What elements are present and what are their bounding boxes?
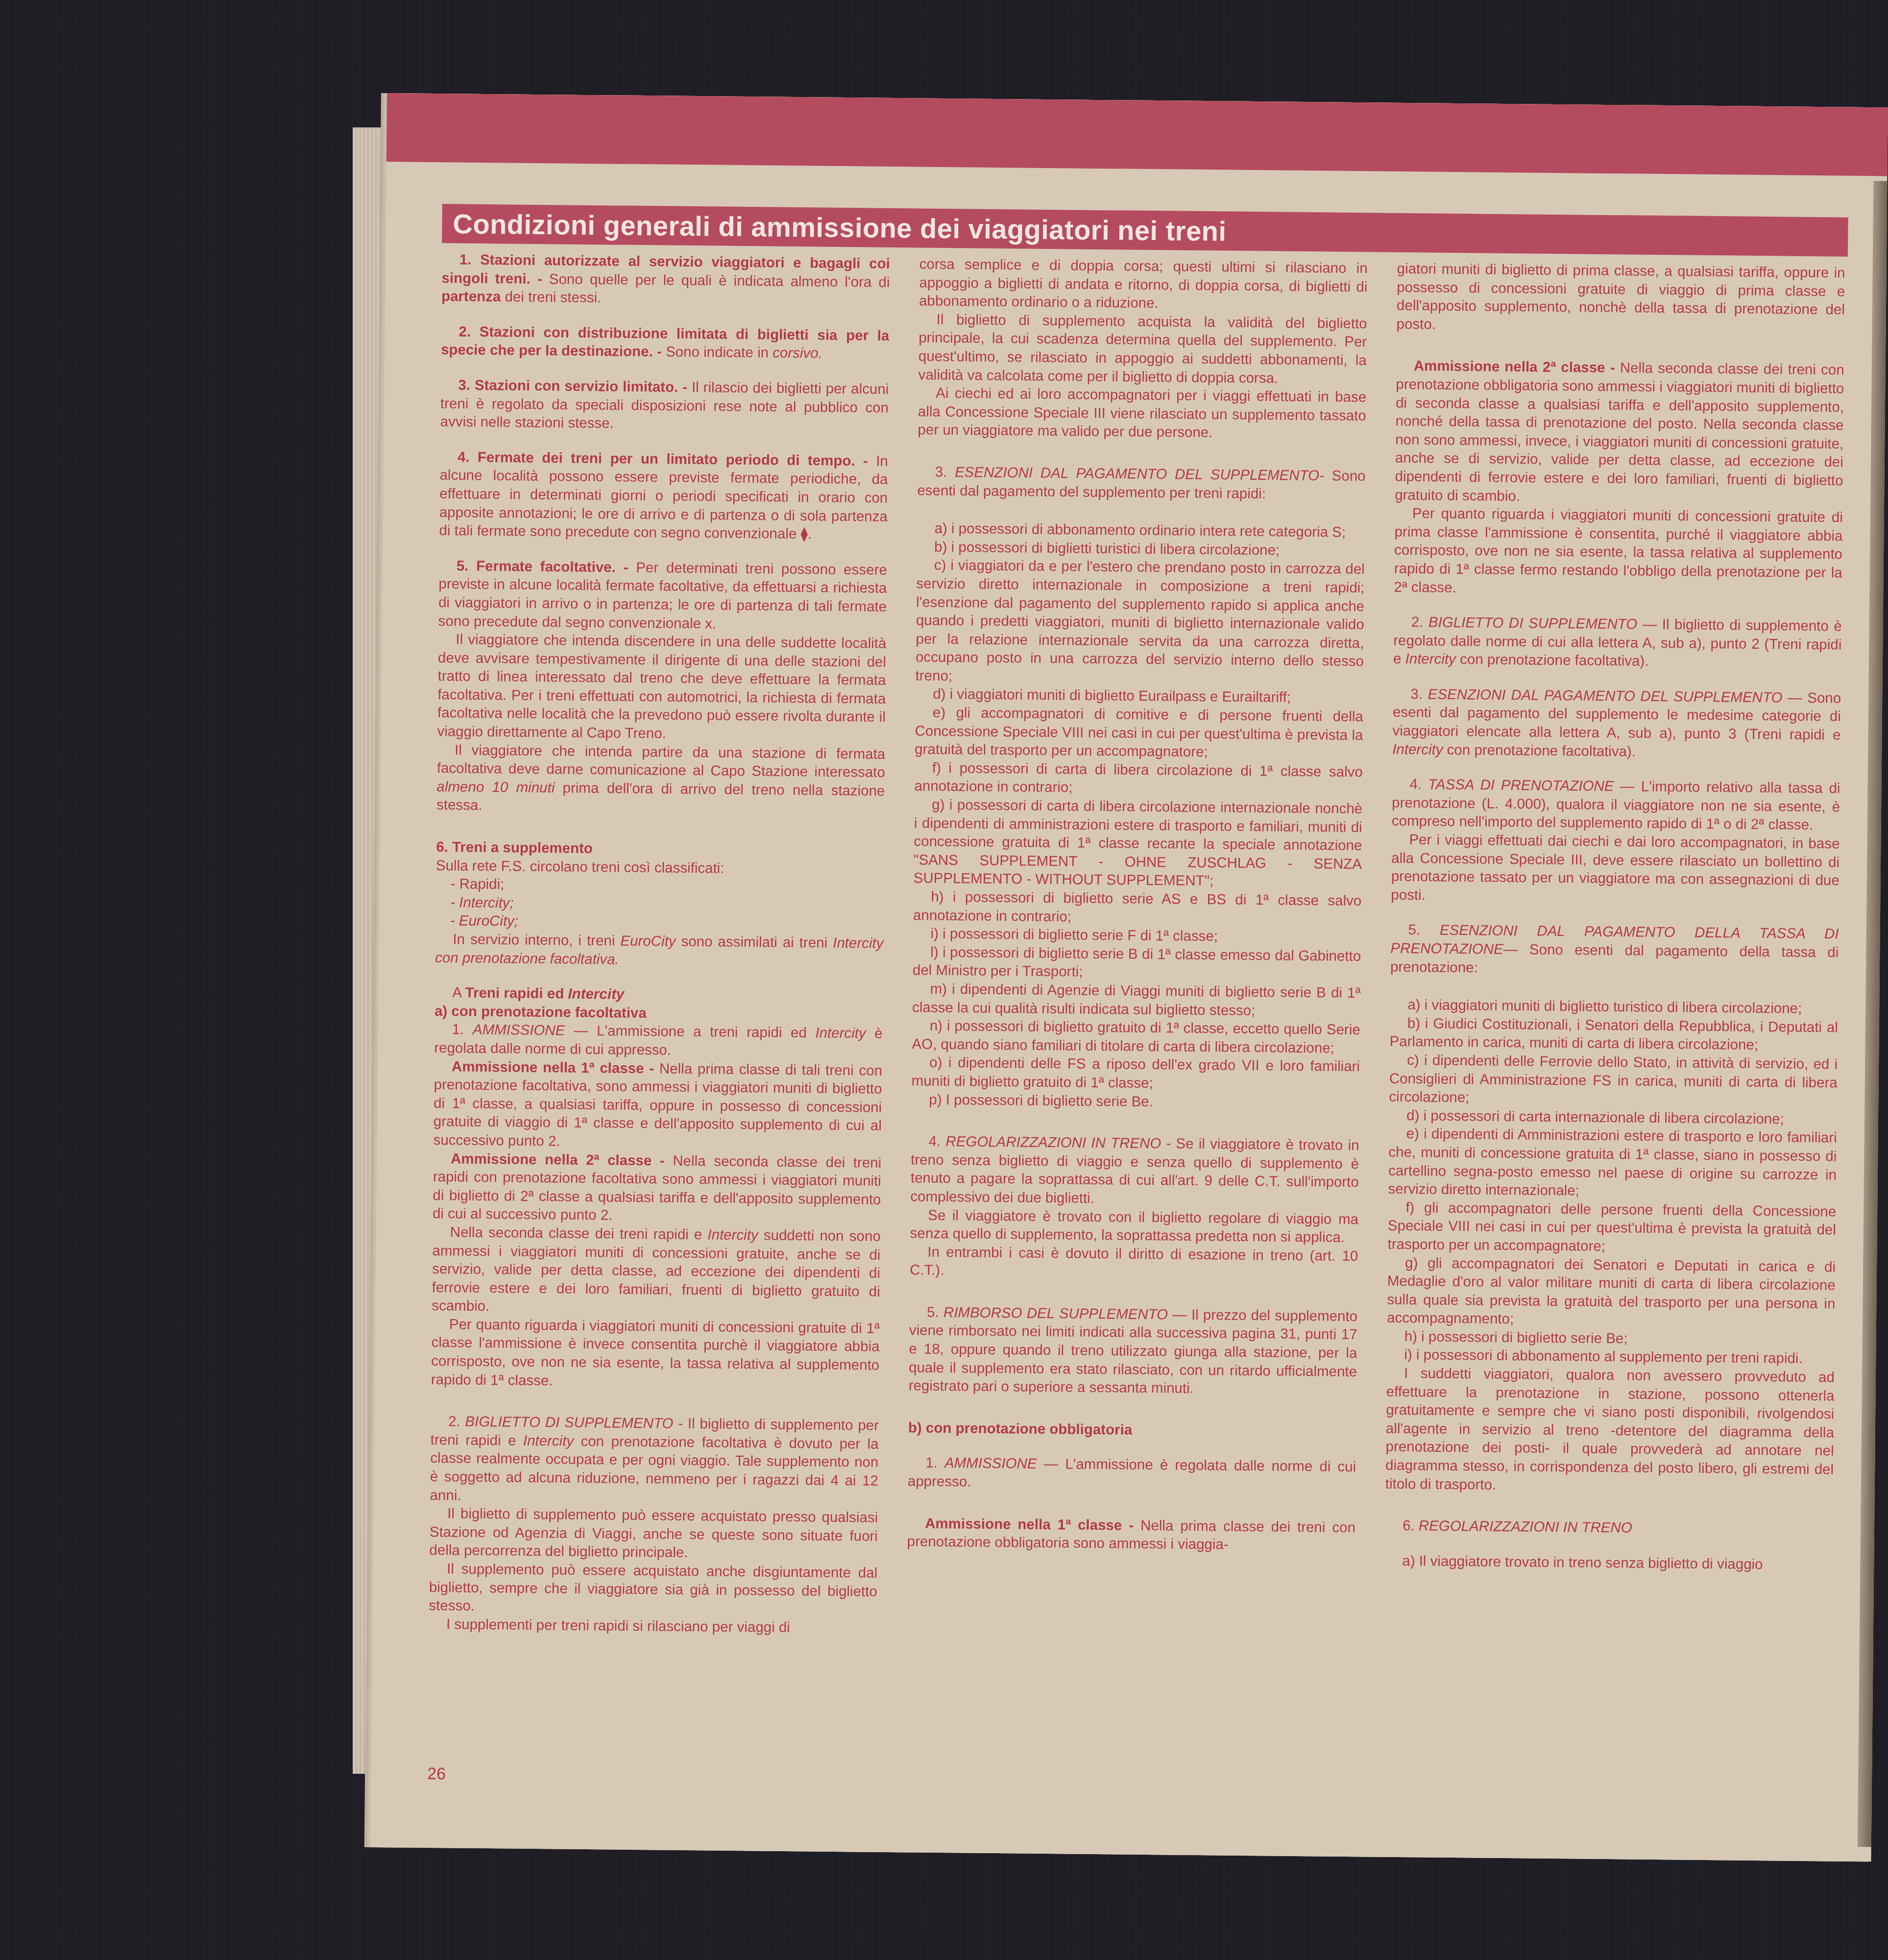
- column-1: 1. Stazioni autorizzate al servizio viag…: [428, 250, 890, 1749]
- list-item: l) i possessori di biglietto serie B di …: [913, 943, 1361, 984]
- list-item: f) gli accompagnatori delle persone frue…: [1387, 1198, 1836, 1258]
- page-title: Condizioni generali di ammissione dei vi…: [442, 208, 1227, 247]
- text-columns: 1. Stazioni autorizzate al servizio viag…: [428, 250, 1848, 1758]
- paragraph: Il supplemento può essere acquistato anc…: [429, 1560, 877, 1619]
- paragraph: 3. ESENZIONI DAL PAGAMENTO DEL SUPPLEMEN…: [1392, 685, 1841, 763]
- paragraph: a) Il viaggiatore trovato in treno senza…: [1384, 1551, 1833, 1574]
- top-color-band: [387, 93, 1888, 176]
- title-banner: Condizioni generali di ammissione dei vi…: [442, 204, 1848, 257]
- section-heading: 4. Fermate dei treni per un limitato per…: [458, 449, 868, 469]
- subsection-heading: b) con prenotazione obbligatoria: [908, 1419, 1356, 1441]
- paragraph: Ammissione nella 2ª classe - Nella secon…: [433, 1150, 881, 1227]
- paragraph: Per quanto riguarda i viaggiatori muniti…: [431, 1315, 880, 1393]
- paragraph: 5. RIMBORSO DEL SUPPLEMENTO — Il prezzo …: [909, 1303, 1358, 1399]
- column-3: giatori muniti di biglietto di prima cla…: [1383, 260, 1845, 1759]
- paragraph: 6. REGOLARIZZAZIONI IN TRENO: [1385, 1517, 1833, 1539]
- paragraph: Ammissione nella 1ª classe - Nella prima…: [907, 1514, 1355, 1555]
- column-2: corsa semplice e di doppia corsa; questi…: [905, 255, 1368, 1754]
- list-item: c) i viaggiatori da e per l'estero che p…: [915, 556, 1364, 689]
- section-5: 5. Fermate facoltative. - Per determinat…: [438, 557, 887, 635]
- paragraph: Ammissione nella 2ª classe - Nella secon…: [1395, 357, 1844, 509]
- exemption-list: a) i possessori di abbonamento ordinario…: [911, 519, 1365, 1113]
- paragraph: 3. ESENZIONI DAL PAGAMENTO DEL SUPPLEMEN…: [917, 463, 1366, 504]
- list-item: g) i possessori di carta di libera circo…: [913, 795, 1362, 892]
- paragraph: 4. TASSA DI PRENOTAZIONE — L'importo rel…: [1392, 775, 1840, 835]
- list-item: h) i possessori di biglietto serie AS e …: [913, 887, 1362, 929]
- paragraph: 2. BIGLIETTO DI SUPPLEMENTO — Il bigliet…: [1393, 613, 1842, 673]
- paragraph: Per i viaggi effettuati dai ciechi e dai…: [1391, 831, 1840, 908]
- paragraph: Se il viaggiatore è trovato con il bigli…: [910, 1206, 1359, 1247]
- list-item: o) i dipendenti delle FS a riposo dell'e…: [912, 1053, 1360, 1095]
- list-item: p) I possessori di biglietto serie Be.: [911, 1090, 1359, 1113]
- section-heading: 5. Fermate facoltative. -: [457, 558, 629, 575]
- list-item: b) i Giudici Costituzionali, i Senatori …: [1389, 1014, 1838, 1055]
- section-3: 3. Stazioni con servizio limitato. - Il …: [440, 376, 889, 436]
- paragraph: giatori muniti di biglietto di prima cla…: [1396, 260, 1845, 338]
- paragraph: Il biglietto di supplemento può essere a…: [429, 1504, 878, 1564]
- paragraph: Ammissione nella 1ª classe - Nella prima…: [433, 1057, 882, 1154]
- paragraph: corsa semplice e di doppia corsa; questi…: [919, 255, 1368, 315]
- section-heading: 3. Stazioni con servizio limitato. -: [458, 377, 687, 395]
- paragraph: 5. ESENZIONI DAL PAGAMENTO DELLA TASSA D…: [1390, 921, 1839, 980]
- paragraph: Il viaggiatore che intenda discendere in…: [437, 630, 886, 745]
- list-item: f) i possessori di carta di libera circo…: [914, 759, 1363, 800]
- paragraph: Il viaggiatore che intenda partire da un…: [436, 741, 885, 819]
- booklet-page: Condizioni generali di ammissione dei vi…: [370, 93, 1888, 1862]
- paragraph: 1. AMMISSIONE — L'ammissione è regolata …: [908, 1454, 1356, 1495]
- paragraph: Ai ciechi ed ai loro accompagnatori per …: [918, 384, 1366, 444]
- paragraph: Nella seconda classe dei treni rapidi e …: [432, 1223, 881, 1320]
- list-item: e) gli accompagnatori di comitive e di p…: [915, 703, 1363, 763]
- section-1: 1. Stazioni autorizzate al servizio viag…: [441, 250, 890, 310]
- section-2: 2. Stazioni con distribuzione limitata d…: [441, 322, 890, 364]
- exemption-list: a) i viaggiatori muniti di biglietto tur…: [1386, 996, 1838, 1369]
- list-item: n) i possessori di biglietto gratuito di…: [912, 1017, 1360, 1058]
- paragraph: 1. AMMISSIONE — L'ammissione a treni rap…: [434, 1020, 883, 1061]
- list-item: e) i dipendenti di Amministrazioni ester…: [1388, 1125, 1837, 1202]
- paragraph: Il biglietto di supplemento acquista la …: [918, 310, 1367, 388]
- paragraph: 4. REGOLARIZZAZIONI IN TRENO - Se il via…: [910, 1132, 1359, 1210]
- page-number: 26: [427, 1764, 446, 1784]
- paragraph: In entrambi i casi è dovuto il diritto d…: [910, 1243, 1358, 1284]
- paragraph: In servizio interno, i treni EuroCity so…: [435, 930, 884, 971]
- paragraph: 2. BIGLIETTO DI SUPPLEMENTO - Il bigliet…: [430, 1412, 879, 1509]
- list-item: g) gli accompagnatori dei Senatori e Dep…: [1387, 1253, 1836, 1331]
- list-item: c) i dipendenti delle Ferrovie dello Sta…: [1389, 1051, 1838, 1111]
- paragraph: Per quanto riguarda i viaggiatori muniti…: [1394, 504, 1843, 601]
- paragraph: I supplementi per treni rapidi si rilasc…: [429, 1615, 877, 1638]
- section-4: 4. Fermate dei treni per un limitato per…: [439, 448, 888, 544]
- list-item: m) i dipendenti di Agenzie di Viaggi mun…: [912, 980, 1361, 1021]
- paragraph: I suddetti viaggiatori, qualora non aves…: [1385, 1364, 1835, 1497]
